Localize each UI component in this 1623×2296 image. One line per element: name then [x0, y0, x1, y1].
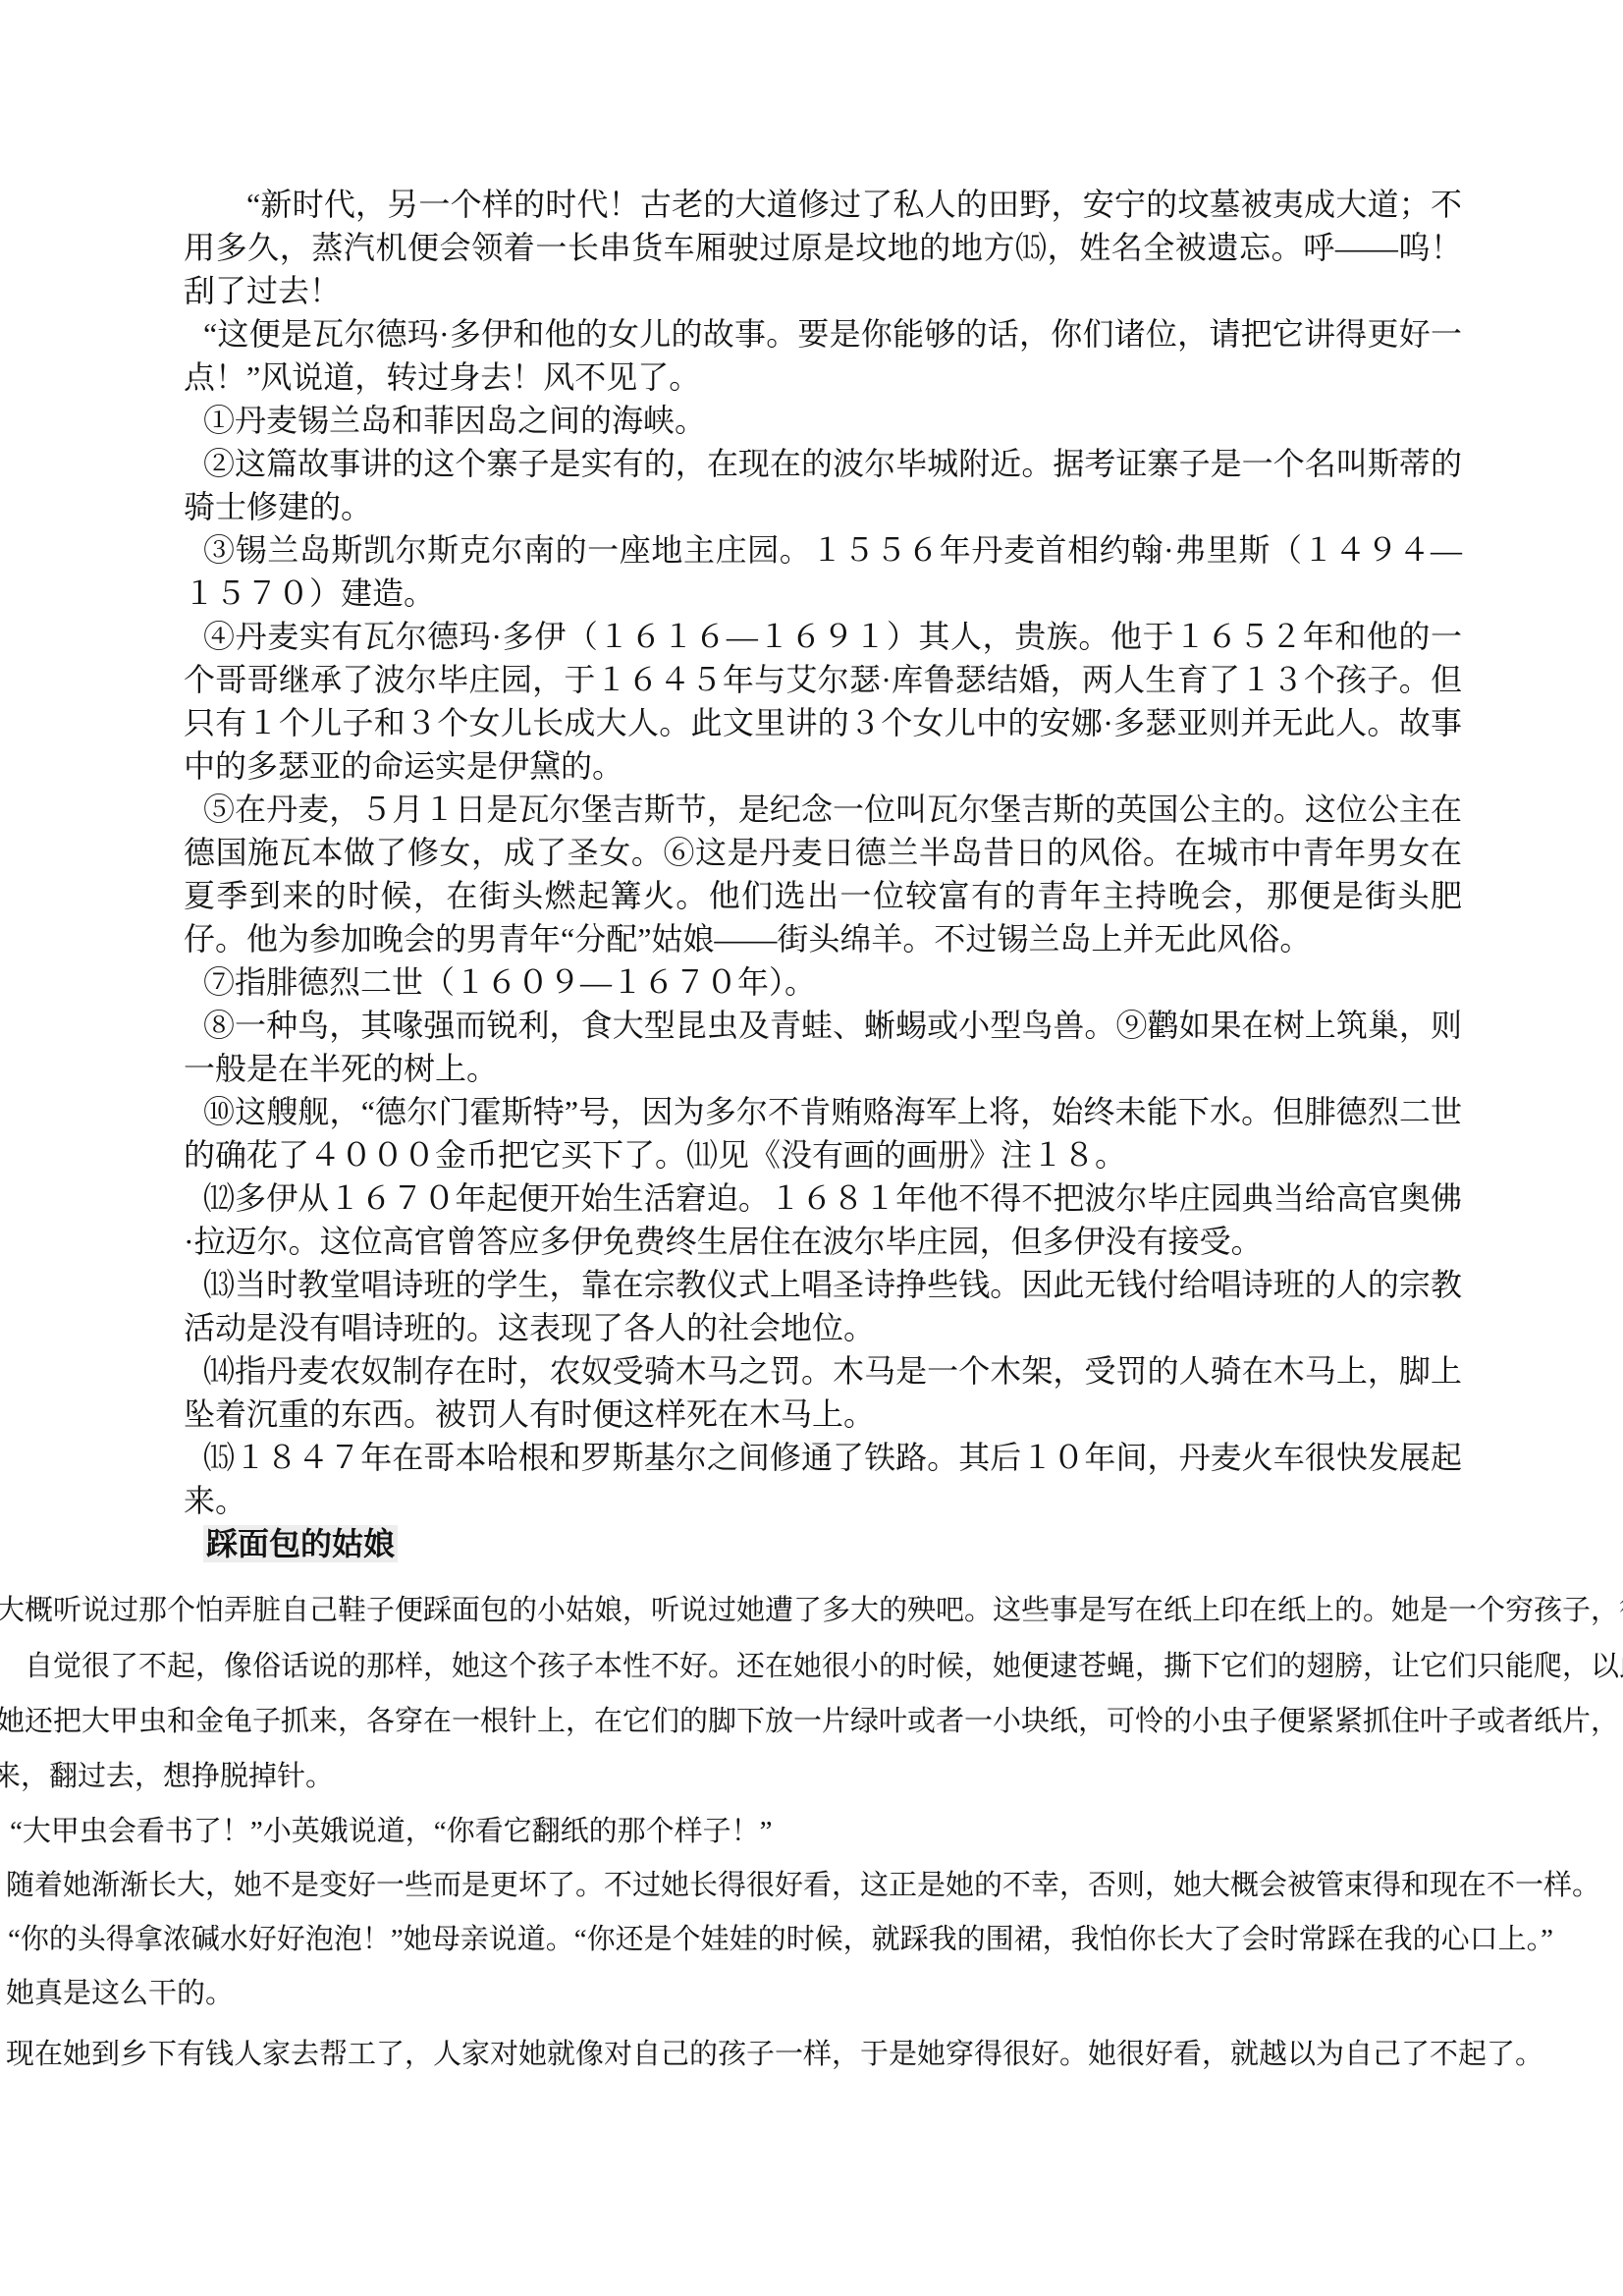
footnote-15: ⒂１８４７年在哥本哈根和罗斯基尔之间修通了铁路。其后１０年间，丹麦火车很快发展起…: [184, 1436, 1462, 1522]
footnote-5-6: ⑤在丹麦，５月１日是瓦尔堡吉斯节，是纪念一位叫瓦尔堡吉斯的英国公主的。这位公主在…: [184, 788, 1462, 960]
footnote-4: ④丹麦实有瓦尔德玛·多伊（１６１６—１６９１）其人，贵族。他于１６５２年和他的一…: [184, 615, 1462, 788]
story-line: 她还把大甲虫和金龟子抓来，各穿在一根针上，在它们的脚下放一片绿叶或者一小块纸，可…: [0, 1702, 1619, 1741]
story-line: 来，翻过去，想挣脱掉针。: [0, 1757, 334, 1796]
story-line: “你的头得拿浓碱水好好泡泡！”她母亲说道。“你还是个娃娃的时候，就踩我的围裙，我…: [8, 1920, 1553, 1959]
document-page: “新时代，另一个样的时代！古老的大道修过了私人的田野，安宁的坟墓被夷成大道；不用…: [0, 0, 1623, 2296]
story-line: 她真是这么干的。: [6, 1974, 234, 2013]
story-paragraph: “这便是瓦尔德玛·多伊和他的女儿的故事。要是你能够的话，你们诸位，请把它讲得更好…: [184, 312, 1462, 399]
story-line: “大甲虫会看书了！”小英娥说道，“你看它翻纸的那个样子！”: [10, 1812, 773, 1851]
footnote-3: ③锡兰岛斯凯尔斯克尔南的一座地主庄园。１５５６年丹麦首相约翰·弗里斯（１４９４—…: [184, 528, 1462, 615]
story-title: 踩面包的姑娘: [203, 1525, 398, 1562]
footnote-7: ⑦指腓德烈二世（１６０９—１６７０年）。: [184, 960, 1462, 1004]
footnote-13: ⒀当时教堂唱诗班的学生，靠在宗教仪式上唱圣诗挣些钱。因此无钱付给唱诗班的人的宗教…: [184, 1263, 1462, 1349]
story-line: 现在她到乡下有钱人家去帮工了，人家对她就像对自己的孩子一样，于是她穿得很好。她很…: [6, 2035, 1543, 2074]
footnote-14: ⒁指丹麦农奴制存在时，农奴受骑木马之罚。木马是一个木架，受罚的人骑在木马上，脚上…: [184, 1349, 1462, 1436]
footnote-8-9: ⑧一种鸟，其喙强而锐利，食大型昆虫及青蛙、蜥蜴或小型鸟兽。⑨鹳如果在树上筑巢，则…: [184, 1004, 1462, 1090]
story-line: 大概听说过那个怕弄脏自己鞋子便踩面包的小姑娘，听说过她遭了多大的殃吧。这些事是写…: [0, 1591, 1623, 1630]
footnote-1: ①丹麦锡兰岛和菲因岛之间的海峡。: [184, 399, 1462, 442]
story-paragraph: “新时代，另一个样的时代！古老的大道修过了私人的田野，安宁的坟墓被夷成大道；不用…: [184, 183, 1462, 312]
footnote-2: ②这篇故事讲的这个寨子是实有的，在现在的波尔毕城附近。据考证寨子是一个名叫斯蒂的…: [184, 442, 1462, 528]
footnote-10-11: ⑩这艘舰，“德尔门霍斯特”号，因为多尔不肯贿赂海军上将，始终未能下水。但腓德烈二…: [184, 1090, 1462, 1176]
footnotes-section: “新时代，另一个样的时代！古老的大道修过了私人的田野，安宁的坟墓被夷成大道；不用…: [184, 183, 1462, 1565]
next-story-heading: 踩面包的姑娘: [184, 1522, 1462, 1565]
story-line: 随着她渐渐长大，她不是变好一些而是更坏了。不过她长得很好看，这正是她的不幸，否则…: [6, 1866, 1600, 1905]
story-line: 自觉很了不起，像俗话说的那样，她这个孩子本性不好。还在她很小的时候，她便逮苍蝇，…: [25, 1647, 1623, 1686]
footnote-12: ⑿多伊从１６７０年起便开始生活窘迫。１６８１年他不得不把波尔毕庄园典当给高官奥佛…: [184, 1176, 1462, 1263]
